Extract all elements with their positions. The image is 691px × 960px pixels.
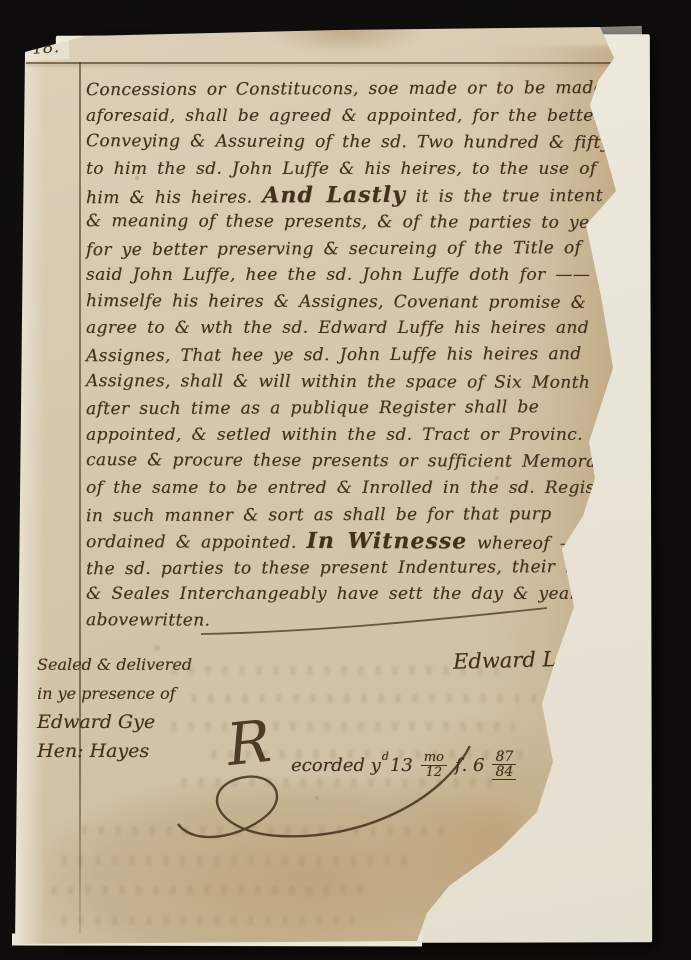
stain (265, 26, 425, 54)
manuscript-line-segment: the sd. parties to these present Indentu… (86, 557, 577, 579)
witness-signature: Hen: Hayes (37, 737, 192, 766)
manuscript-line-segment: agree to & wth the sd. Edward Luffe his … (86, 318, 589, 338)
witness-line: in ye presence of (37, 679, 192, 708)
manuscript-line-segment: And Lastly (262, 182, 406, 209)
manuscript-line-segment: him & his heires. (86, 188, 262, 209)
recorded-day: 13 (390, 755, 413, 776)
fraction-numerator: 87 (492, 750, 516, 765)
manuscript-line: Assignes, That hee ye sd. John Luffe his… (86, 341, 621, 370)
manuscript-line: appointed, & setled within the sd. Tract… (86, 422, 621, 449)
fraction-numerator: mo (421, 751, 447, 766)
manuscript-line-segment: abovewritten. (86, 610, 210, 630)
manuscript-line: aforesaid, shall be agreed & appointed, … (86, 103, 621, 130)
manuscript-line-segment: to him the sd. John Luffe & his heires, … (86, 159, 596, 179)
manuscript-line: & meaning of these presents, & of the pa… (86, 208, 621, 236)
manuscript-line-segment: aforesaid, shall be agreed & appointed, … (86, 106, 647, 126)
manuscript-line: in such manner & sort as shall be for th… (86, 500, 621, 529)
recorded-page-fraction: 87 84 (492, 750, 516, 780)
bleedthrough-texture (165, 722, 515, 731)
manuscript-page: 18. Concessions or Constitucons, soe mad… (15, 26, 616, 948)
manuscript-line-segment: for ye better preserving & secureing of … (86, 237, 647, 259)
recorded-month-fraction: mo 12 (421, 751, 447, 780)
manuscript-line-segment: said John Luffe, hee the sd. John Luffe … (86, 265, 590, 285)
manuscript-lines: Concessions or Constitucons, soe made or… (86, 76, 621, 634)
manuscript-line-segment: Assignes, shall & will within the space … (86, 371, 590, 393)
witness-signature: Edward Gye (37, 708, 192, 737)
bleedthrough-texture (55, 916, 355, 925)
page-edge-highlight (15, 26, 45, 948)
manuscript-line-segment: it is the true intent (406, 186, 603, 207)
fraction-denominator: 84 (492, 765, 516, 780)
recorded-folio: ſ. 6 (455, 755, 485, 776)
manuscript-line: said John Luffe, hee the sd. John Luffe … (86, 262, 621, 289)
manuscript-line-segment: & Seales Interchangeably have sett the d… (86, 584, 578, 604)
manuscript-line-segment: Concessions or Constitucons, soe made or… (86, 78, 634, 100)
recorded-notation: ecorded y d 13 mo 12 ſ. 6 87 84 (291, 750, 524, 780)
manuscript-line: of the same to be entred & Inrolled in t… (86, 475, 621, 502)
manuscript-line-segment: Assignes, That hee ye sd. John Luffe his… (86, 344, 582, 366)
recorded-superscript: d (382, 750, 389, 763)
recorded-flourish (170, 728, 480, 858)
manuscript-line: ordained & appointed. In Witnesse whereo… (86, 527, 621, 555)
manuscript-line: & Seales Interchangeably have sett the d… (86, 581, 621, 608)
manuscript-line-segment: & meaning of these presents, & of the pa… (86, 211, 646, 233)
witness-line: Sealed & delivered (37, 650, 192, 679)
manuscript-line-segment: cause & procure these presents or suffic… (86, 450, 619, 472)
manuscript-line: for ye better preserving & secureing of … (86, 234, 621, 263)
fraction-denominator: 12 (426, 766, 443, 780)
manuscript-line-segment: after such time as a publique Register s… (86, 397, 539, 419)
recorded-initial: R (224, 712, 273, 774)
witness-block: Sealed & delivered in ye presence of Edw… (37, 650, 192, 766)
manuscript-line-segment: In Witnesse (307, 528, 468, 555)
bleedthrough-texture (185, 694, 545, 703)
manuscript-line-segment: of the same to be entred & Inrolled in t… (86, 478, 602, 498)
bleedthrough-texture (45, 886, 375, 895)
manuscript-line-segment: himselfe his heires & Assignes, Covenant… (86, 291, 586, 313)
manuscript-line: him & his heires. And Lastly it is the t… (86, 181, 621, 210)
manuscript-line-segment: in such manner & sort as shall be for th… (86, 504, 552, 526)
manuscript-line: agree to & wth the sd. Edward Luffe his … (86, 315, 621, 342)
manuscript-line-segment: ordained & appointed. (86, 532, 307, 553)
manuscript-line: after such time as a publique Register s… (86, 394, 621, 423)
margin-rule-horizontal (26, 62, 611, 64)
manuscript-line: himselfe his heires & Assignes, Covenant… (86, 288, 621, 316)
manuscript-line: Conveying & Assureing of the sd. Two hun… (86, 128, 621, 156)
margin-rule-vertical (79, 62, 81, 934)
manuscript-line: cause & procure these presents or suffic… (86, 447, 621, 475)
bleedthrough-texture (75, 826, 455, 835)
manuscript-line: the sd. parties to these present Indentu… (86, 554, 621, 583)
manuscript-photo: 18. Concessions or Constitucons, soe mad… (0, 0, 691, 960)
manuscript-line-segment: appointed, & setled within the sd. Tract… (86, 425, 583, 445)
manuscript-line: abovewritten. (86, 607, 621, 635)
manuscript-line: to him the sd. John Luffe & his heires, … (86, 156, 621, 183)
manuscript-line-segment: Conveying & Assureing of the sd. Two hun… (86, 131, 660, 153)
manuscript-line-segment: whereof — (467, 533, 577, 553)
recorded-text: ecorded y (291, 755, 381, 776)
manuscript-line: Assignes, shall & will within the space … (86, 368, 621, 396)
manuscript-line: Concessions or Constitucons, soe made or… (86, 75, 621, 104)
bleedthrough-texture (55, 856, 415, 865)
